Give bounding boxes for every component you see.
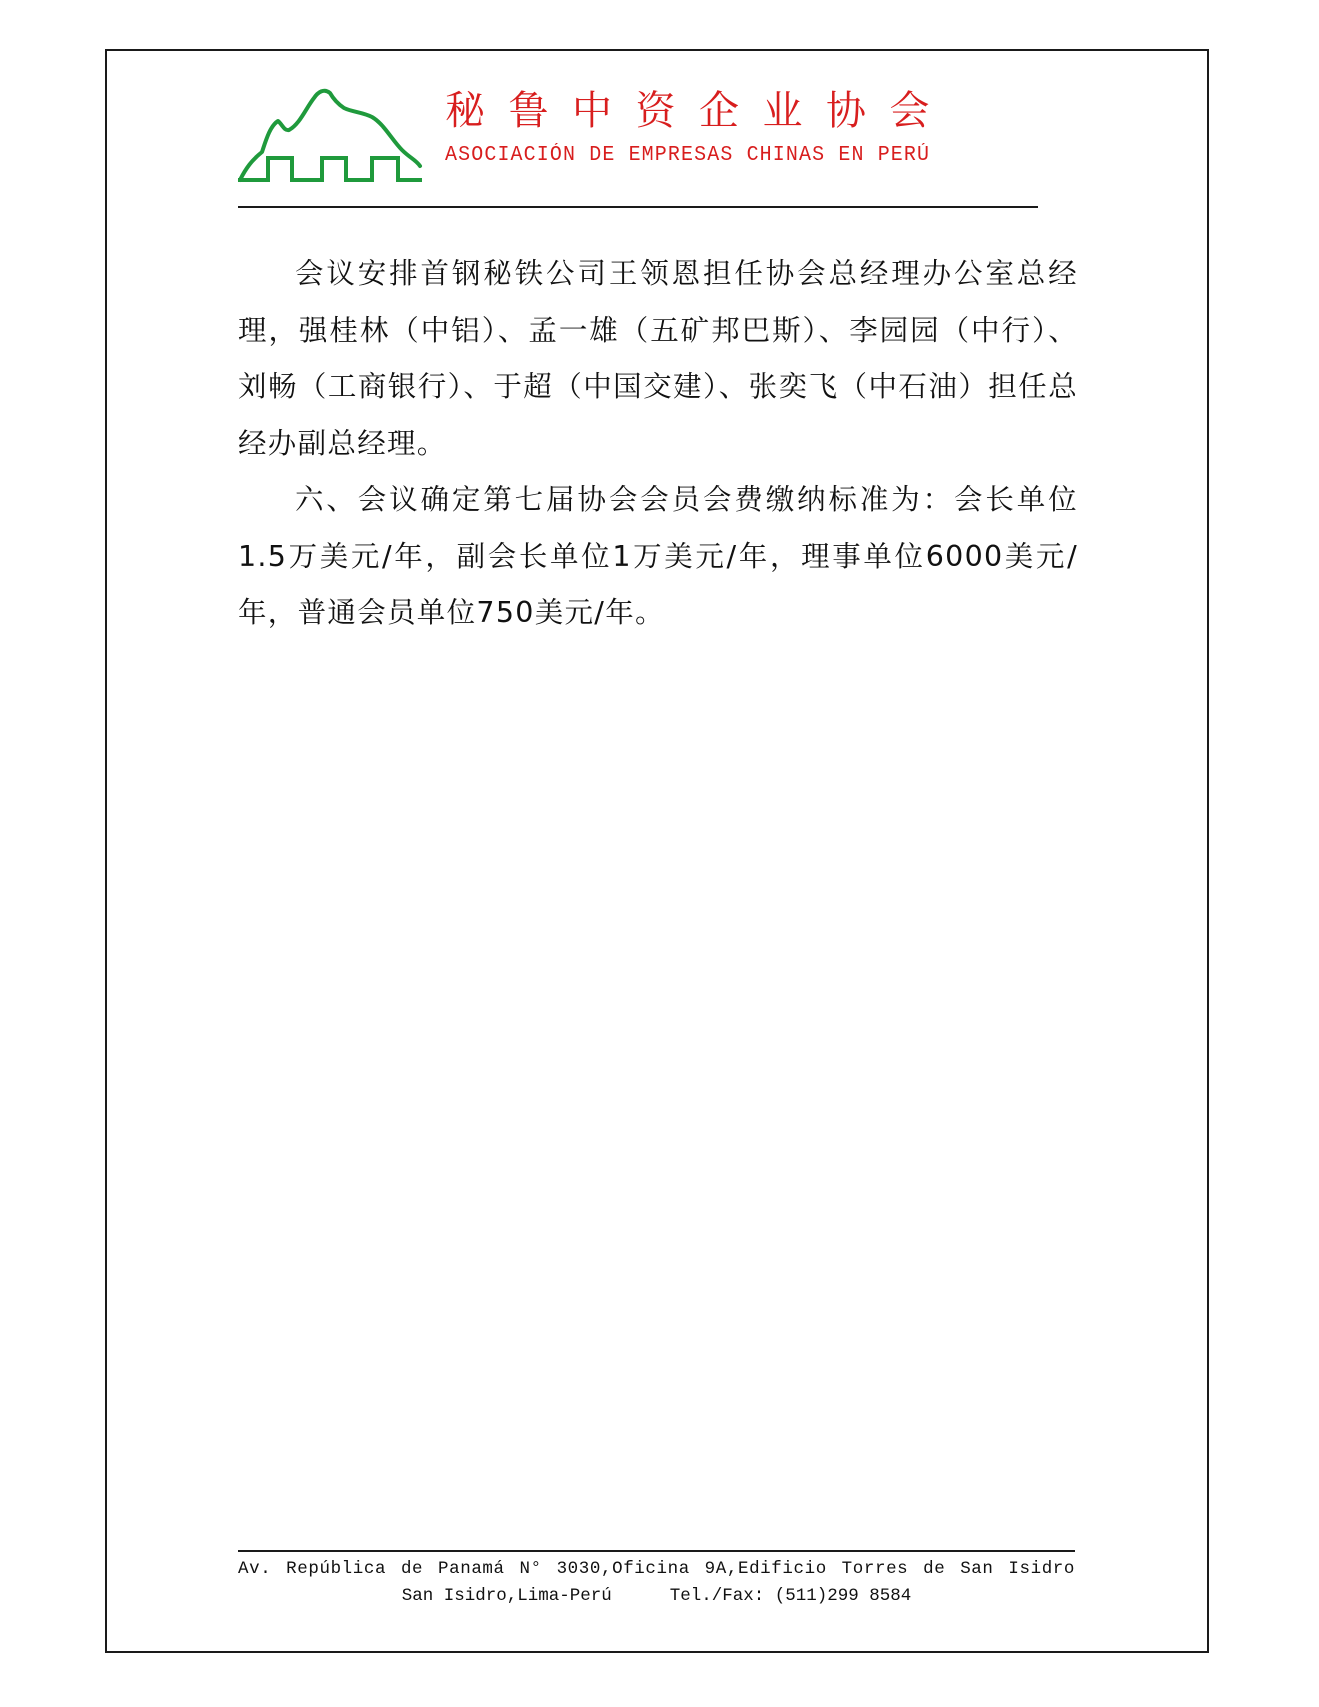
footer-city-phone-line: San Isidro,Lima-PerúTel./Fax: (511)299 8… (238, 1583, 1075, 1610)
organization-name-chinese: 秘鲁中资企业协会 (445, 86, 953, 136)
letter-body: 会议安排首钢秘铁公司王领恩担任协会总经理办公室总经理，强桂林（中铝）、孟一雄（五… (238, 246, 1078, 642)
organization-name-spanish: ASOCIACIÓN DE EMPRESAS CHINAS EN PERÚ (445, 143, 930, 169)
mountain-bridge-logo-icon (236, 86, 424, 186)
footer-city: San Isidro,Lima-Perú (402, 1586, 612, 1606)
paragraph-general-office: 会议安排首钢秘铁公司王领恩担任协会总经理办公室总经理，强桂林（中铝）、孟一雄（五… (238, 246, 1078, 472)
header-divider (238, 206, 1038, 208)
footer-address: Av. República de Panamá N° 3030,Oficina … (238, 1556, 1075, 1583)
paragraph-membership-fees: 六、会议确定第七届协会会员会费缴纳标准为：会长单位1.5万美元/年，副会长单位1… (238, 472, 1078, 642)
footer-divider (238, 1550, 1075, 1552)
footer-contact: Av. República de Panamá N° 3030,Oficina … (238, 1556, 1075, 1610)
footer-phone: Tel./Fax: (511)299 8584 (670, 1586, 912, 1606)
